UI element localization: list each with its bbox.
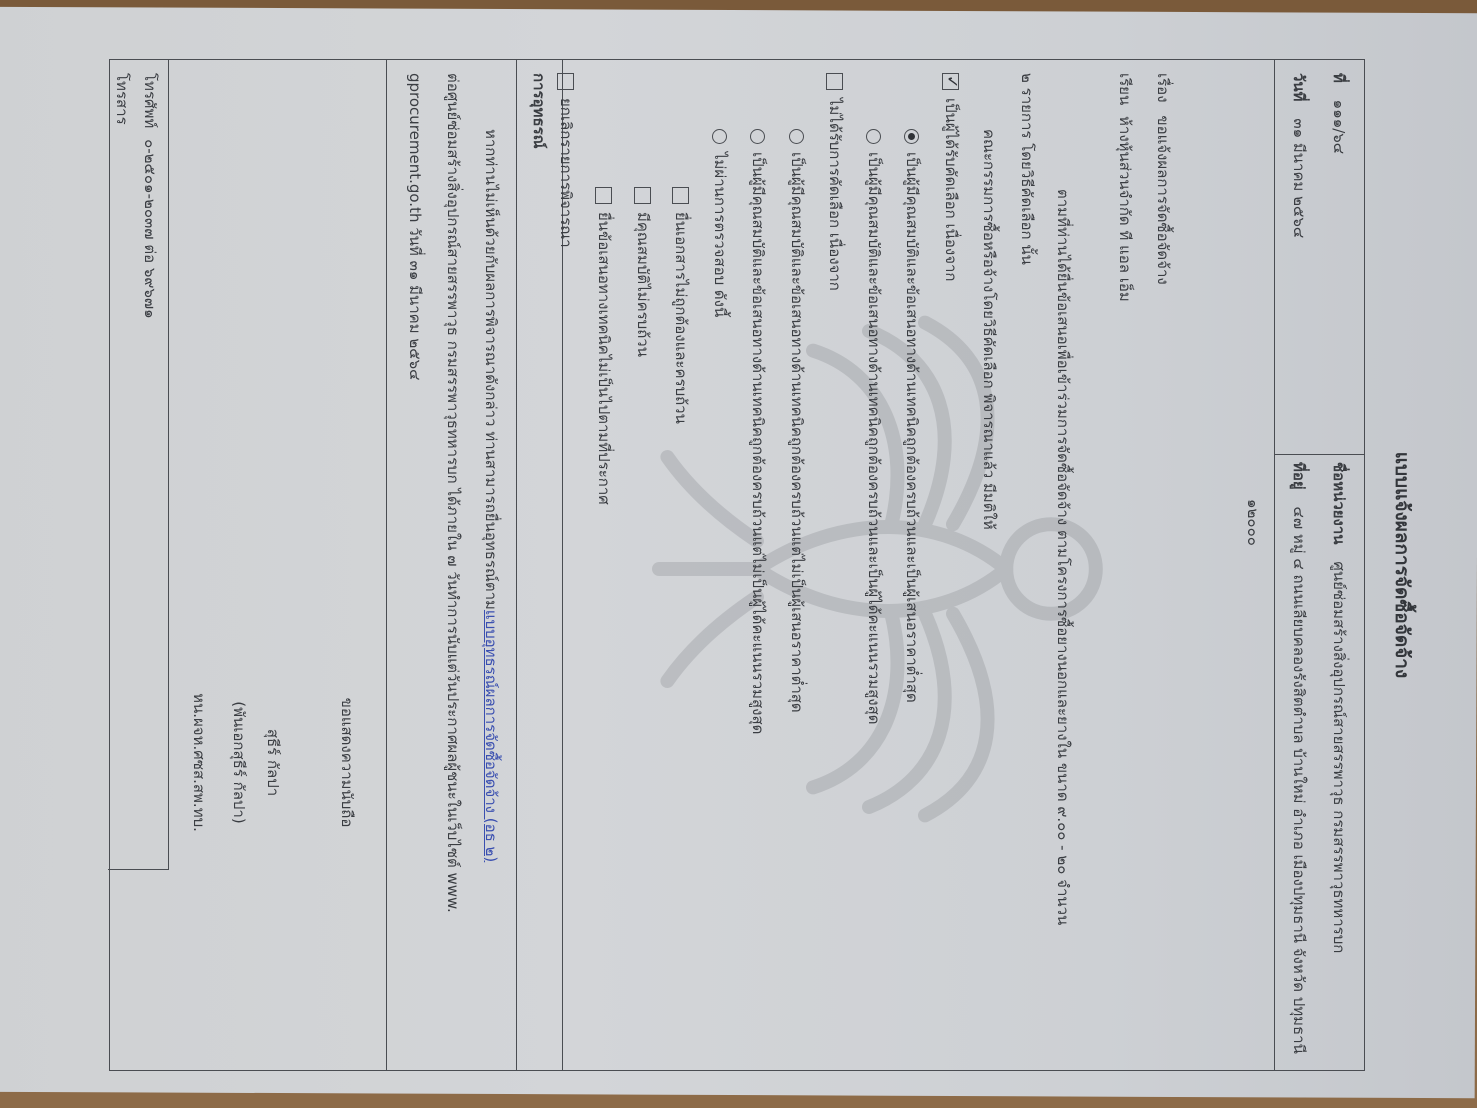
appeal-heading-row: การอุทธรณ์ bbox=[516, 59, 563, 1071]
radio-button[interactable] bbox=[866, 129, 881, 144]
option-label: เป็นผู้มีคุณสมบัติและข้อเสนอทางด้านเทคนิ… bbox=[904, 152, 922, 703]
contact-box: โทรศัพท์ ๐-๒๕๐๑-๒๐๓๗ ต่อ ๖๙๖๗๑ โทรสาร bbox=[108, 59, 169, 870]
option-label: เป็นผู้มีคุณสมบัติและข้อเสนอทางด้านเทคนิ… bbox=[788, 152, 806, 713]
address-value: ๔๗ หมู่ ๔ ถนนเลียบคลองรังสิตตำบล บ้านใหม… bbox=[1290, 506, 1308, 1053]
checkbox[interactable] bbox=[942, 73, 959, 90]
appeal-text-1: หากท่านไม่เห็นด้วยกับผลการพิจารณาดังกล่า… bbox=[482, 129, 500, 610]
body-line-1: ตามที่ท่านได้ยื่นข้อเสนอเพื่อเข้าร่วมการ… bbox=[1051, 189, 1075, 925]
appeal-row: หากท่านไม่เห็นด้วยกับผลการพิจารณาดังกล่า… bbox=[386, 59, 517, 1071]
ref-value: ๑๑๑/๖๔ bbox=[1330, 100, 1348, 155]
checkbox[interactable] bbox=[827, 73, 844, 90]
option-label: มีคุณสมบัติไม่ครบถ้วน bbox=[634, 212, 652, 357]
option-item: ไม่ผ่านการตรวจสอบ ดังนี้ bbox=[708, 129, 732, 317]
option-item: ยื่นข้อเสนอทางเทคนิคไม่เป็นไปตามที่ประกา… bbox=[593, 187, 617, 505]
checkbox[interactable] bbox=[673, 187, 690, 204]
option-item: เป็นผู้มีคุณสมบัติและข้อเสนอทางด้านเทคนิ… bbox=[901, 129, 925, 703]
subject-label: เรื่อง bbox=[1154, 73, 1172, 103]
subject-value: ขอแจ้งผลการจัดซื้อจัดจ้าง bbox=[1154, 115, 1172, 284]
appeal-text-2: ต่อศูนย์ซ่อมสร้างสิ่งอุปกรณ์สายสรรพาวุธ … bbox=[441, 73, 465, 913]
agency-cell: ชื่อหน่วยงาน ศูนย์ซ่อมสร้างสิ่งอุปกรณ์สา… bbox=[1275, 454, 1365, 1071]
reference-cell: ที่ ๑๑๑/๖๔ วันที่ ๓๑ มีนาคม ๒๕๖๔ bbox=[1275, 59, 1365, 455]
date-label: วันที่ bbox=[1290, 73, 1308, 102]
radio-button[interactable] bbox=[712, 129, 727, 144]
option-item: มีคุณสมบัติไม่ครบถ้วน bbox=[631, 187, 655, 357]
option-item: เป็นผู้มีคุณสมบัติและข้อเสนอทางด้านเทคนิ… bbox=[862, 129, 886, 724]
body-line-2: ๒ รายการ โดยวิธีคัดเลือก นั้น bbox=[1015, 73, 1039, 265]
closing-text: ขอแสดงความนับถือ bbox=[335, 454, 359, 1071]
option-item: เป็นผู้มีคุณสมบัติและข้อเสนอทางด้านเทคนิ… bbox=[785, 129, 809, 713]
radio-button[interactable] bbox=[789, 129, 804, 144]
ref-label: ที่ bbox=[1330, 73, 1348, 83]
option-label: เป็นผู้มีคุณสมบัติและข้อเสนอทางด้านเทคนิ… bbox=[865, 152, 883, 724]
option-label: ไม่ผ่านการตรวจสอบ ดังนี้ bbox=[711, 152, 729, 317]
option-label: ยื่นข้อเสนอทางเทคนิคไม่เป็นไปตามที่ประกา… bbox=[596, 212, 614, 505]
signature-row: ขอแสดงความนับถือ สุธีร์ กัลปา (พันเอกสุธ… bbox=[109, 59, 387, 1071]
date-value: ๓๑ มีนาคม ๒๕๖๔ bbox=[1290, 118, 1308, 238]
procurement-result-form: แบบแจ้งผลการจัดซื้อจัดจ้าง ที่ ๑๑๑/๖๔ วั… bbox=[109, 59, 1365, 1071]
signature-name: สุธีร์ กัลปา bbox=[261, 454, 285, 1071]
checkbox[interactable] bbox=[634, 187, 651, 204]
phone-value: ๐-๒๕๐๑-๒๐๓๗ ต่อ ๖๙๖๗๑ bbox=[141, 139, 159, 319]
agency-value: ศูนย์ซ่อมสร้างสิ่งอุปกรณ์สายสรรพาวุธ กรม… bbox=[1330, 561, 1348, 953]
appeal-form-link[interactable]: แบบอุทธรณ์ผลการจัดซื้อจัดจ้าง (อธ ๒) bbox=[482, 610, 500, 862]
phone-label: โทรศัพท์ bbox=[141, 73, 159, 128]
radio-button[interactable] bbox=[905, 129, 920, 144]
to-label: เรียน bbox=[1116, 73, 1134, 105]
document-title: แบบแจ้งผลการจัดซื้อจัดจ้าง bbox=[1387, 59, 1417, 1071]
address-label: ที่อยู่ bbox=[1290, 462, 1308, 490]
signer-full-name: (พันเอกสุธีร์ กัลปา) bbox=[227, 454, 251, 1071]
option-label: ยื่นเอกสารไม่ถูกต้องและครบถ้วน bbox=[673, 212, 691, 424]
option-label: ไม่ได้รับการคัดเลือก เนื่องจาก bbox=[827, 98, 845, 291]
option-label: เป็นผู้มีคุณสมบัติและข้อเสนอทางด้านเทคนิ… bbox=[750, 152, 768, 734]
option-item: ไม่ได้รับการคัดเลือก เนื่องจาก bbox=[824, 73, 848, 291]
option-item: เป็นผู้ได้รับคัดเลือก เนื่องจาก bbox=[939, 73, 963, 282]
committee-line: คณะกรรมการซื้อหรือจ้างโดยวิธีคัดเลือก พิ… bbox=[977, 129, 1001, 530]
appeal-heading: การอุทธรณ์ bbox=[527, 73, 551, 149]
option-item: ยื่นเอกสารไม่ถูกต้องและครบถ้วน bbox=[670, 187, 694, 424]
fax-label: โทรสาร bbox=[110, 73, 134, 125]
option-item: เป็นผู้มีคุณสมบัติและข้อเสนอทางด้านเทคนิ… bbox=[747, 129, 771, 734]
appeal-text-3: gprocurement.go.th วันที่ ๓๑ มีนาคม ๒๕๖๔ bbox=[403, 73, 427, 380]
option-label: เป็นผู้ได้รับคัดเลือก เนื่องจาก bbox=[942, 98, 960, 282]
radio-button[interactable] bbox=[751, 129, 766, 144]
agency-label: ชื่อหน่วยงาน bbox=[1330, 462, 1348, 545]
to-value: ห้างหุ้นส่วนจำกัด ที แอล เอ็ม bbox=[1116, 116, 1134, 302]
header-row: ที่ ๑๑๑/๖๔ วันที่ ๓๑ มีนาคม ๒๕๖๔ ชื่อหน่… bbox=[1274, 59, 1365, 1071]
checkbox[interactable] bbox=[596, 187, 613, 204]
signer-position: หน.ผจห.ศซส.สพ.ทบ. bbox=[187, 454, 211, 1071]
